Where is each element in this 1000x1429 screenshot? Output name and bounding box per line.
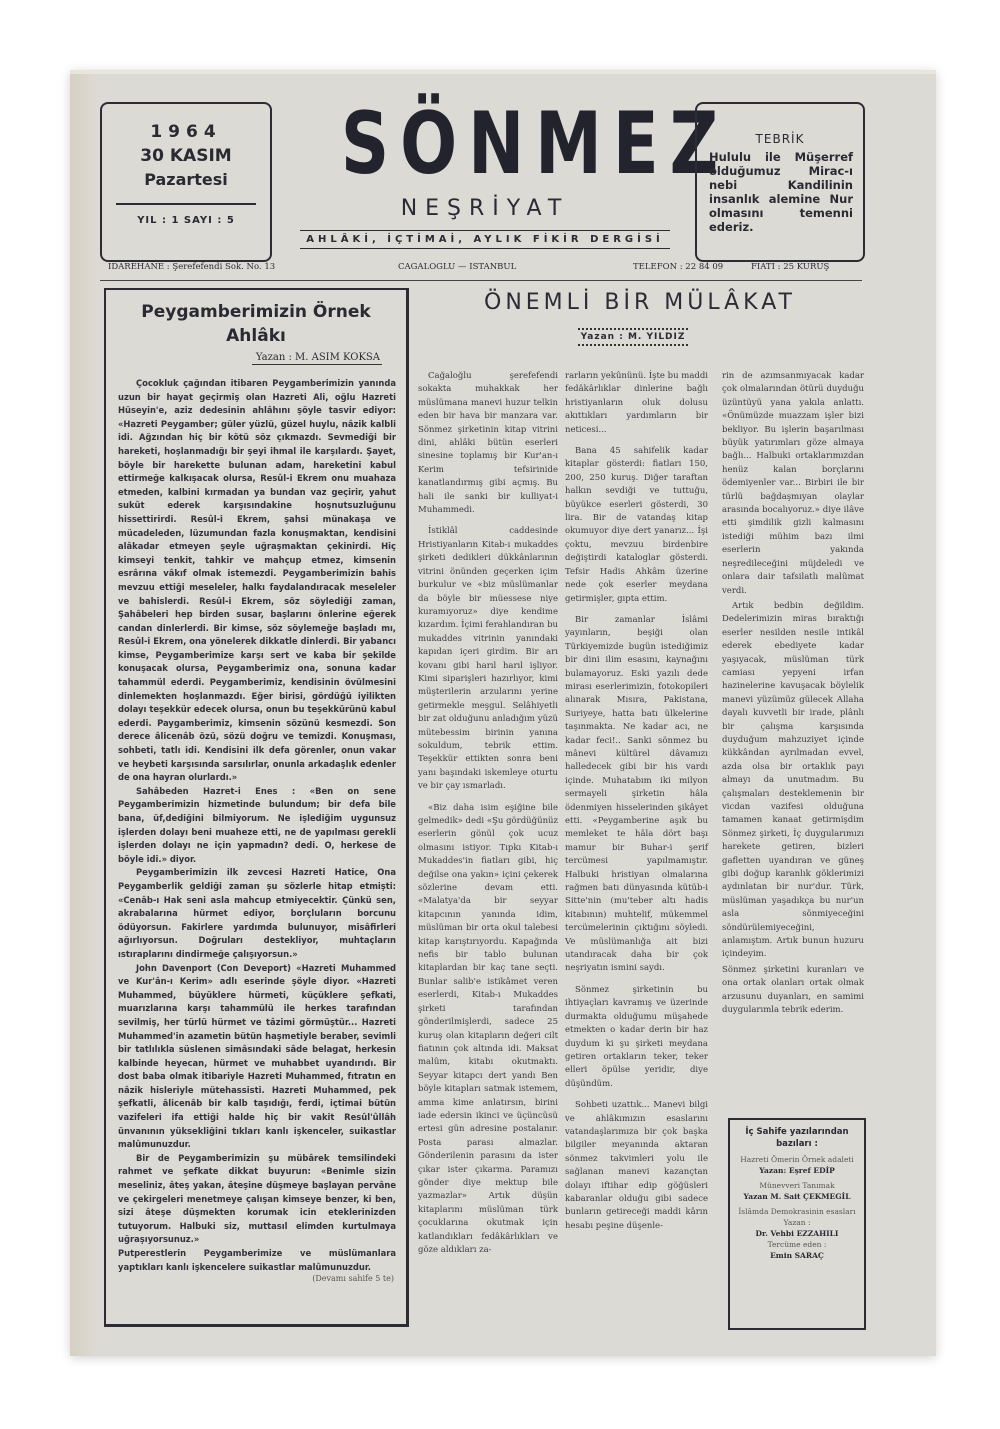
tebrik-heading: TEBRİK <box>697 132 863 146</box>
phone: TELEFON : 22 84 09 <box>633 262 751 272</box>
newspaper-title: SÖNMEZ <box>341 96 631 192</box>
price: FIATI : 25 KURUŞ <box>751 262 829 272</box>
paragraph: «Biz daha isim eşiğine bile gelmedik» de… <box>418 802 558 1258</box>
interview-column-2: rarların yekûnünü. İşte bu maddi fedâkâr… <box>565 370 708 1241</box>
newspaper-subtitle: NEŞRİYAT <box>300 196 670 221</box>
interview-byline: Yazan : M. YILDIZ <box>578 328 688 346</box>
inner-pages-box: İç Sahife yazılarından bazıları : Hazret… <box>728 1118 866 1330</box>
inner-item-author: Yazan M. Sait ÇEKMEGİL <box>730 1191 864 1202</box>
issue-number: YIL : 1 SAYI : 5 <box>102 215 270 226</box>
inner-pages-heading: İç Sahife yazılarından bazıları : <box>730 1126 864 1150</box>
issue-weekday: Pazartesi <box>102 170 270 189</box>
tebrik-body: Hululu ile Müşerref olduğumuz Mirac-ı ne… <box>709 150 853 234</box>
paragraph: Cağaloğlu şerefefendi sokakta muhakkak h… <box>418 370 558 517</box>
issue-date: 30 KASIM <box>102 146 270 166</box>
inner-item-title: Münevveri Tanımak <box>730 1180 864 1191</box>
paragraph: Artık bedbin değildim. Dedelerimizin mir… <box>722 600 864 962</box>
paragraph: Bir de Peygamberimizin şu mübârek temsil… <box>118 1152 396 1247</box>
article-byline: Yazan : M. ASIM KOKSA <box>252 352 382 365</box>
inner-item-author: Yazan: Eşref EDİP <box>730 1165 864 1176</box>
divider <box>116 203 256 205</box>
issue-year: 1964 <box>102 122 270 142</box>
continued-note: (Devamı sahife 5 te) <box>106 1274 394 1283</box>
interview-title: ÖNEMLİ BİR MÜLÂKAT <box>420 290 860 315</box>
office-address: İDAREHANE : Şerefefendi Sok. No. 13 <box>108 262 398 272</box>
left-article: Peygamberimizin Örnek Ahlâkı Yazan : M. … <box>104 288 409 1327</box>
paragraph: İstiklâl caddesinde Hristiyanların Kitab… <box>418 525 558 793</box>
paragraph: Bana 45 sahifelik kadar kitaplar gösterd… <box>565 445 708 606</box>
inner-item-author-label: Yazan : <box>730 1217 864 1228</box>
paragraph: Putperestlerin Peygamberimize ve müslüma… <box>118 1247 396 1274</box>
article-title-line2: Ahlâkı <box>106 324 406 348</box>
tebrik-box: TEBRİK Hululu ile Müşerref olduğumuz Mir… <box>695 102 865 262</box>
paragraph: Bir zamanlar İslâmi yayınların, beşiği o… <box>565 614 708 976</box>
paragraph: Sönmez şirketini kuranları ve ona ortak … <box>722 964 864 1018</box>
inner-item-translator: Emin SARAÇ <box>730 1250 864 1261</box>
inner-item-translator-label: Tercüme eden : <box>730 1239 864 1250</box>
article-title-line1: Peygamberimizin Örnek <box>106 300 406 324</box>
info-bar: İDAREHANE : Şerefefendi Sok. No. 13 CAGA… <box>108 262 860 272</box>
divider <box>100 280 862 281</box>
paragraph: Çocokluk çağından itibaren Peygamberimiz… <box>118 377 396 785</box>
paragraph: Sohbeti uzattık... Manevi bilgi ve ahlâk… <box>565 1099 708 1233</box>
interview-column-3: rin de azımsanmıyacak kadar çok olmaları… <box>722 370 864 1020</box>
date-box: 1964 30 KASIM Pazartesi YIL : 1 SAYI : 5 <box>100 102 272 262</box>
inner-item-title: İslâmda Demokrasinin esasları <box>730 1206 864 1217</box>
interview-column-1: Cağaloğlu şerefefendi sokakta muhakkak h… <box>418 370 558 1265</box>
district: CAGALOGLU — ISTANBUL <box>398 262 633 272</box>
newspaper-tagline: AHLÂKİ, İÇTİMAİ, AYLIK FİKİR DERGİSİ <box>300 230 670 249</box>
paragraph: Sahâbeden Hazret-i Enes : «Ben on sene P… <box>118 785 396 867</box>
inner-item-title: Hazreti Ömerin Örnek adaleti <box>730 1154 864 1165</box>
article-body: Çocokluk çağından itibaren Peygamberimiz… <box>118 377 396 1274</box>
paragraph: rin de azımsanmıyacak kadar çok olmaları… <box>722 370 864 598</box>
paragraph: Sönmez şirketinin bu ihtiyaçları kavramı… <box>565 984 708 1091</box>
paragraph: rarların yekûnünü. İşte bu maddi fedâkâr… <box>565 370 708 437</box>
paragraph: John Davenport (Con Deveport) «Hazreti M… <box>118 962 396 1152</box>
paragraph: Peygamberimizin ilk zevcesi Hazreti Hati… <box>118 866 396 961</box>
inner-item-author: Dr. Vehbi EZZAHILI <box>730 1228 864 1239</box>
